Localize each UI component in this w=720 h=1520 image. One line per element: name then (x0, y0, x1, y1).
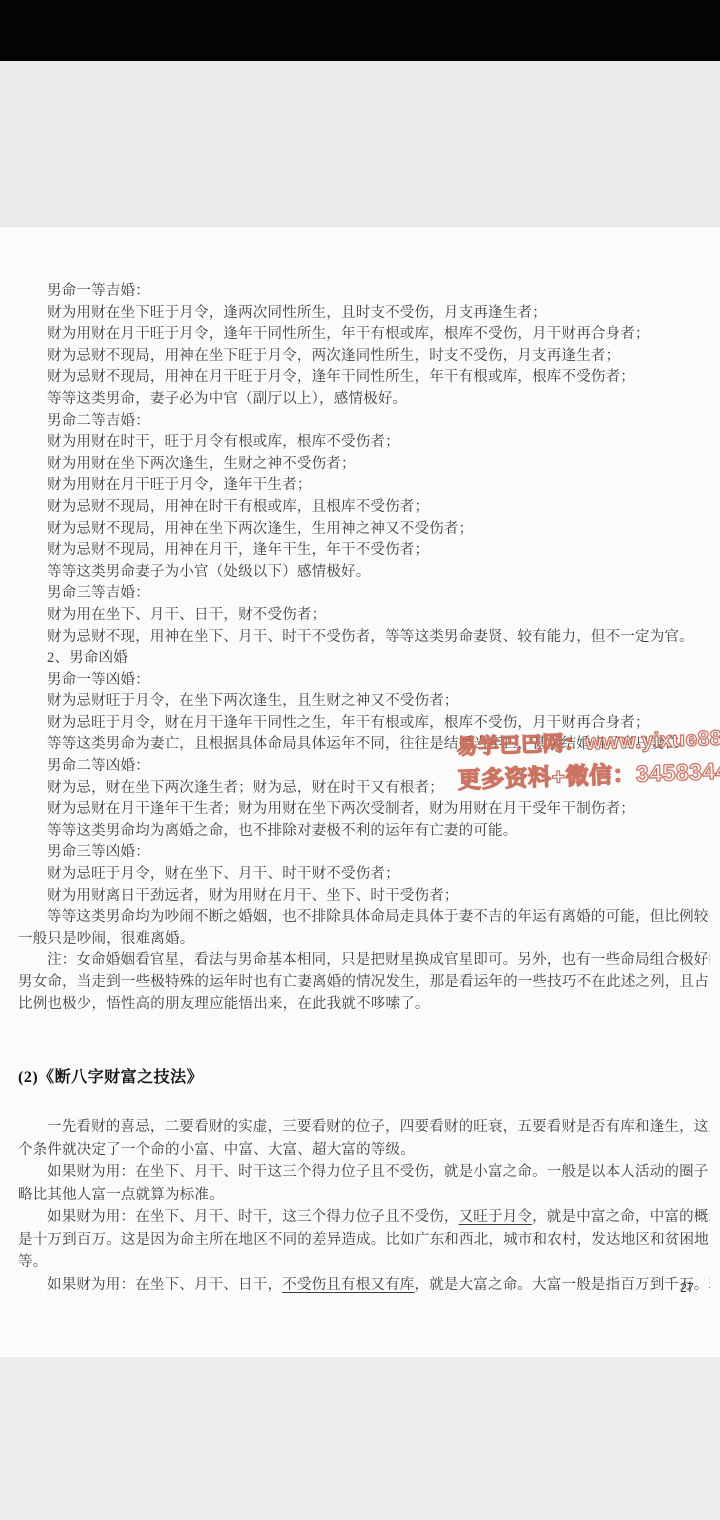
text-line: 财为用财在坐下两次逢生，生财之神不受伤者； (18, 454, 710, 476)
text-line: 如果财为用：在坐下、月干、日干，不受伤且有根又有库，就是大富之命。大富一般是指百… (18, 1274, 710, 1297)
section-heading: (2)《断八字财富之技法》 (18, 1067, 710, 1089)
text-segment: 财为用在坐下、月干、日干，财不受伤者； (47, 607, 326, 623)
text-segment: 一先看财的喜忌，二要看财的实虚，三要看财的位子，四要看财的旺衰，五要看财是否有库… (47, 1119, 710, 1135)
text-line: 一般只是吵闹，很难离婚。 (18, 929, 710, 951)
text-line: 财为忌旺于月令，财在月干逢年干同性之生，年干有根或库，根库不受伤，月干财再合身者… (18, 713, 710, 735)
text-segment: 如果财为用：在坐下、月干、时干，这三个得力位子且不受伤， (47, 1209, 459, 1225)
text-line: 男女命，当走到一些极特殊的运年时也有亡妻离婚的情况发生，那是看运年的一些技巧不在… (18, 972, 710, 994)
text-line: 财为用财在时干，旺于月令有根或库，根库不受伤者； (18, 432, 710, 454)
text-segment: 2、男命凶婚 (47, 650, 128, 666)
text-line: 如果财为用：在坐下、月干、时干这三个得力位子且不受伤，就是小富之命。一般是以本人… (18, 1161, 710, 1184)
status-bar-black (0, 0, 720, 61)
text-line: 略比其他人富一点就算为标准。 (18, 1184, 710, 1207)
text-segment: 男命三等凶婚： (47, 844, 150, 860)
text-segment: 等等这类男命均为离婚之命，也不排除对妻极不利的运年有亡妻的可能。 (47, 823, 517, 839)
text-line: 比例也极少，悟性高的朋友理应能悟出来，在此我就不哆嗦了。 (18, 994, 710, 1016)
text-line: 财为忌，财在坐下两次逢生者；财为忌，财在时干又有根者； (18, 778, 710, 800)
marriage-section: 男命一等吉婚：财为用财在坐下旺于月令，逢两次同性所生，且时支不受伤，月支再逢生者… (18, 281, 710, 1015)
text-segment: 男命二等凶婚： (47, 758, 150, 774)
text-segment: 如果财为用：在坐下、月干、时干这三个得力位子且不受伤，就是小富之命。一般是以本人… (47, 1164, 710, 1180)
text-line: 2、男命凶婚 (18, 648, 710, 670)
text-segment: 个条件就决定了一个命的小富、中富、大富、超大富的等级。 (18, 1142, 415, 1158)
text-line: 男命三等凶婚： (18, 842, 710, 864)
text-segment: 是十万到百万。这是因为命主所在地区不同的差异造成。比如广东和西北，城市和农村，发… (18, 1232, 710, 1248)
text-segment: ，就是大富之命。大富一般是指百万到千万。理 (415, 1277, 710, 1293)
text-line: 财为忌财在月干逢年干生者；财为用财在坐下两次受制者，财为用财在月干受年干制伤者； (18, 799, 710, 821)
text-segment: 男命三等吉婚： (47, 585, 150, 601)
text-segment: 等等这类男命，妻子必为中官（副厅以上），感情极好。 (47, 391, 407, 407)
text-segment: 等等这类男命均为吵闹不断之婚姻，也不排除具体命局走具体于妻不吉的年运有离婚的可能… (47, 909, 710, 925)
text-line: 等等这类男命，妻子必为中官（副厅以上），感情极好。 (18, 389, 710, 411)
text-line: 财为用财在月干旺于月令，逢年干生者； (18, 475, 710, 497)
text-segment: 一般只是吵闹，很难离婚。 (18, 931, 194, 947)
text-segment: 男命一等吉婚： (47, 283, 150, 299)
text-segment: 等。 (18, 1254, 47, 1270)
text-line: 财为忌财旺于月令，在坐下两次逢生，且生财之神又不受伤者； (18, 691, 710, 713)
text-line: 财为用财离日干劲远者，财为用财在月干、坐下、时干受伤者； (18, 886, 710, 908)
text-segment: 财为用财离日干劲远者，财为用财在月干、坐下、时干受伤者； (47, 888, 459, 904)
text-line: 男命一等凶婚： (18, 670, 710, 692)
viewer-background-bottom (0, 1357, 720, 1520)
text-line: 等。 (18, 1251, 710, 1274)
text-line: 财为用在坐下、月干、日干，财不受伤者； (18, 605, 710, 627)
text-segment: 等等这类男命为妻亡，且根据具体命局具体运年不同，往往是结婚当年亡，甚至结婚当月当… (47, 736, 679, 752)
text-segment: 如果财为用：在坐下、月干、日干， (47, 1277, 282, 1293)
text-line: 男命三等吉婚： (18, 583, 710, 605)
text-line: 注：女命婚姻看官星，看法与男命基本相同，只是把财星换成官星即可。另外，也有一些命… (18, 950, 710, 972)
text-line: 财为用财在月干旺于月令，逢年干同性所生，年干有根或库，根库不受伤，月干财再合身者… (18, 324, 710, 346)
section-gap (18, 1015, 710, 1067)
document-page: 男命一等吉婚：财为用财在坐下旺于月令，逢两次同性所生，且时支不受伤，月支再逢生者… (0, 227, 720, 1357)
text-segment: 略比其他人富一点就算为标准。 (18, 1187, 224, 1203)
text-segment: 男命一等凶婚： (47, 672, 150, 688)
page-number: 27 (680, 1281, 694, 1295)
text-line: 等等这类男命妻子为小官（处级以下）感情极好。 (18, 562, 710, 584)
text-segment: 男女命，当走到一些极特殊的运年时也有亡妻离婚的情况发生，那是看运年的一些技巧不在… (18, 974, 710, 990)
text-segment: ，就是中富之命，中富的概念 (532, 1209, 710, 1225)
text-segment: 财为忌财不现局，用神在时干有根或库，且根库不受伤者； (47, 499, 429, 515)
text-line: 个条件就决定了一个命的小富、中富、大富、超大富的等级。 (18, 1139, 710, 1162)
underlined-phrase: 不受伤且有根又有库 (282, 1277, 414, 1293)
text-line: 男命二等凶婚： (18, 756, 710, 778)
text-segment: 财为忌旺于月令，财在月干逢年干同性之生，年干有根或库，根库不受伤，月干财再合身者… (47, 715, 650, 731)
text-segment: 财为忌财不现局，用神在月干旺于月令，逢年干同性所生，年干有根或库，根库不受伤者； (47, 369, 635, 385)
text-segment: 财为忌财不现局，用神在月干，逢年干生，年干不受伤者； (47, 542, 429, 558)
text-line: 财为忌财不现局，用神在坐下两次逢生，生用神之神又不受伤者； (18, 519, 710, 541)
text-line: 等等这类男命均为离婚之命，也不排除对妻极不利的运年有亡妻的可能。 (18, 821, 710, 843)
text-line: 财为忌财不现局，用神在时干有根或库，且根库不受伤者； (18, 497, 710, 519)
text-line: 男命一等吉婚： (18, 281, 710, 303)
text-segment: 财为用财在坐下两次逢生，生财之神不受伤者； (47, 456, 356, 472)
text-segment: 注：女命婚姻看官星，看法与男命基本相同，只是把财星换成官星即可。另外，也有一些命… (47, 952, 710, 968)
text-segment: 财为忌财不现，用神在坐下、月干、时干不受伤者，等等这类男命妻贤、较有能力，但不一… (47, 629, 694, 645)
text-line: 如果财为用：在坐下、月干、时干，这三个得力位子且不受伤，又旺于月令，就是中富之命… (18, 1206, 710, 1229)
text-segment: 财为忌财旺于月令，在坐下两次逢生，且生财之神又不受伤者； (47, 693, 459, 709)
text-line: 财为忌财不现局，用神在坐下旺于月令，两次逢同性所生，时支不受伤，月支再逢生者； (18, 346, 710, 368)
wealth-section: 一先看财的喜忌，二要看财的实虚，三要看财的位子，四要看财的旺衰，五要看财是否有库… (18, 1116, 710, 1296)
text-segment: 财为忌财不现局，用神在坐下旺于月令，两次逢同性所生，时支不受伤，月支再逢生者； (47, 348, 620, 364)
text-segment: 财为用财在月干旺于月令，逢年干同性所生，年干有根或库，根库不受伤，月干财再合身者… (47, 326, 650, 342)
text-segment: 财为忌财不现局，用神在坐下两次逢生，生用神之神又不受伤者； (47, 521, 473, 537)
text-segment: 财为忌财在月干逢年干生者；财为用财在坐下两次受制者，财为用财在月干受年干制伤者； (47, 801, 635, 817)
text-segment: 财为用财在月干旺于月令，逢年干生者； (47, 477, 312, 493)
text-line: 财为用财在坐下旺于月令，逢两次同性所生，且时支不受伤，月支再逢生者； (18, 303, 710, 325)
text-segment: 等等这类男命妻子为小官（处级以下）感情极好。 (47, 564, 370, 580)
text-line: 财为忌财不现，用神在坐下、月干、时干不受伤者，等等这类男命妻贤、较有能力，但不一… (18, 627, 710, 649)
text-line: 等等这类男命为妻亡，且根据具体命局具体运年不同，往往是结婚当年亡，甚至结婚当月当… (18, 734, 710, 756)
text-segment: 财为忌，财在坐下两次逢生者；财为忌，财在时干又有根者； (47, 780, 444, 796)
page-text-content: 男命一等吉婚：财为用财在坐下旺于月令，逢两次同性所生，且时支不受伤，月支再逢生者… (18, 281, 710, 1296)
viewer-background-top (0, 61, 720, 227)
text-line: 是十万到百万。这是因为命主所在地区不同的差异造成。比如广东和西北，城市和农村，发… (18, 1229, 710, 1252)
text-segment: 男命二等吉婚： (47, 413, 150, 429)
text-segment: 比例也极少，悟性高的朋友理应能悟出来，在此我就不哆嗦了。 (18, 996, 430, 1012)
text-line: 男命二等吉婚： (18, 411, 710, 433)
text-line: 财为忌财不现局，用神在月干旺于月令，逢年干同性所生，年干有根或库，根库不受伤者； (18, 367, 710, 389)
heading-gap (18, 1089, 710, 1116)
text-segment: 财为用财在时干，旺于月令有根或库，根库不受伤者； (47, 434, 400, 450)
text-line: 财为忌旺于月令，财在坐下、月干、时干财不受伤者； (18, 864, 710, 886)
text-line: 财为忌财不现局，用神在月干，逢年干生，年干不受伤者； (18, 540, 710, 562)
underlined-phrase: 又旺于月令 (459, 1209, 533, 1225)
text-line: 等等这类男命均为吵闹不断之婚姻，也不排除具体命局走具体于妻不吉的年运有离婚的可能… (18, 907, 710, 929)
text-segment: 财为忌旺于月令，财在坐下、月干、时干财不受伤者； (47, 866, 400, 882)
text-line: 一先看财的喜忌，二要看财的实虚，三要看财的位子，四要看财的旺衰，五要看财是否有库… (18, 1116, 710, 1139)
text-segment: 财为用财在坐下旺于月令，逢两次同性所生，且时支不受伤，月支再逢生者； (47, 305, 547, 321)
